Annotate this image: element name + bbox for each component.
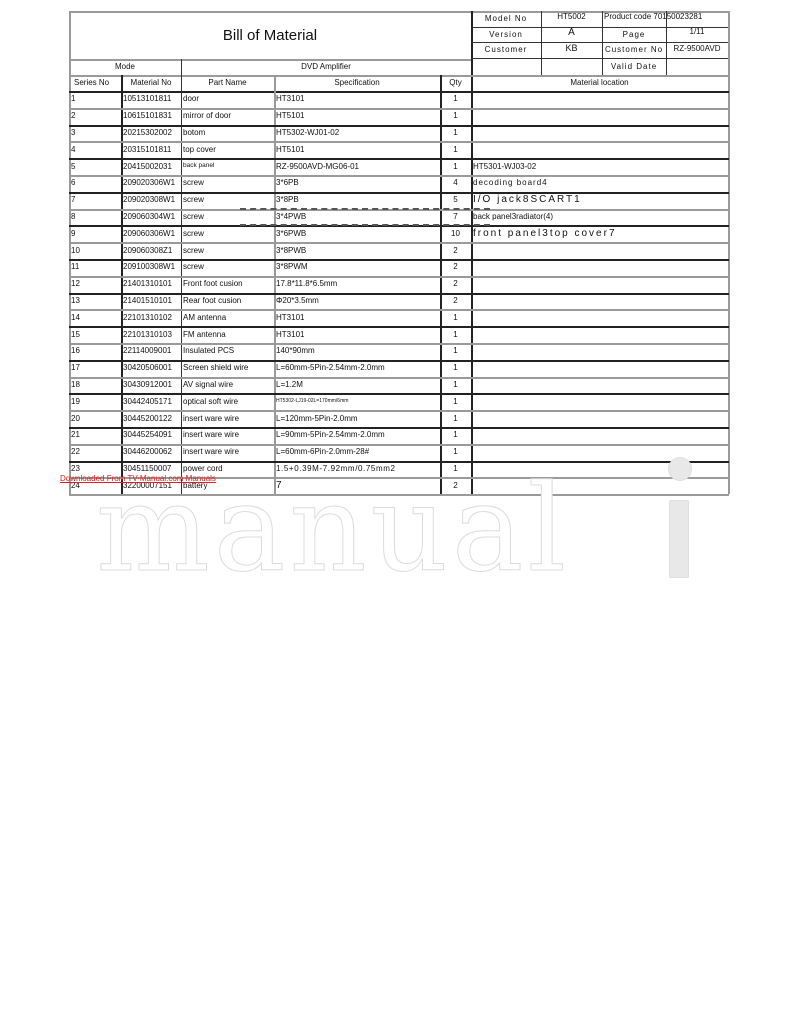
cell-qty: 5 bbox=[440, 192, 471, 209]
cell-qty: 1 bbox=[440, 158, 471, 175]
cell-series: 1 bbox=[69, 91, 121, 108]
cell-part: botom bbox=[181, 125, 274, 142]
cell-series: 3 bbox=[69, 125, 121, 142]
grid-hline bbox=[69, 91, 729, 93]
grid-hline bbox=[471, 27, 728, 28]
cell-spec: L=1.2M bbox=[274, 377, 440, 394]
cell-spec: 3*8PB bbox=[274, 192, 440, 209]
grid-hline bbox=[69, 175, 729, 177]
cell-series: 2 bbox=[69, 108, 121, 125]
grid-vline bbox=[274, 75, 276, 494]
cell-part: AM antenna bbox=[181, 309, 274, 326]
cell-location bbox=[471, 141, 728, 158]
watermark-i-dot bbox=[668, 457, 692, 481]
cell-series: 22 bbox=[69, 444, 121, 461]
cell-location bbox=[471, 125, 728, 142]
cell-material: 21401510101 bbox=[121, 293, 181, 310]
cell-qty: 1 bbox=[440, 125, 471, 142]
cell-qty: 10 bbox=[440, 225, 471, 242]
grid-hline bbox=[69, 75, 729, 77]
cell-spec: Φ20*3.5mm bbox=[274, 293, 440, 310]
cell-spec: HT5101 bbox=[274, 141, 440, 158]
grid-hline bbox=[471, 58, 728, 59]
cell-material: 30442405171 bbox=[121, 393, 181, 410]
model-no-label: Model No bbox=[471, 11, 541, 27]
cell-spec: HT3101 bbox=[274, 326, 440, 343]
cell-material: 209020308W1 bbox=[121, 192, 181, 209]
cell-location: HT5301-WJ03-02 bbox=[471, 158, 728, 175]
cell-series: 20 bbox=[69, 410, 121, 427]
grid-hline bbox=[69, 343, 729, 345]
cell-spec: 3*6PB bbox=[274, 175, 440, 192]
customer-no-value: RZ-9500AVD bbox=[666, 41, 728, 56]
cell-material: 21401310101 bbox=[121, 276, 181, 293]
cell-part: screw bbox=[181, 209, 274, 226]
cell-part: top cover bbox=[181, 141, 274, 158]
grid-vline bbox=[69, 11, 71, 494]
cell-part: insert ware wire bbox=[181, 444, 274, 461]
cell-qty: 2 bbox=[440, 276, 471, 293]
cell-spec: RZ-9500AVD-MG06-01 bbox=[274, 158, 440, 175]
cell-part: back panel bbox=[181, 158, 274, 175]
cell-series: 9 bbox=[69, 225, 121, 242]
cell-spec: 3*8PWB bbox=[274, 242, 440, 259]
col-header-series-no: Series No bbox=[69, 75, 121, 91]
customer-label: Customer bbox=[471, 42, 541, 57]
dashed-artifact-line bbox=[240, 208, 490, 210]
grid-hline bbox=[69, 444, 729, 446]
cell-qty: 1 bbox=[440, 343, 471, 360]
valid-date-blank-1 bbox=[471, 59, 541, 75]
cell-spec: HT5101 bbox=[274, 108, 440, 125]
cell-part: screw bbox=[181, 192, 274, 209]
cell-spec: 140*90mm bbox=[274, 343, 440, 360]
cell-series: 6 bbox=[69, 175, 121, 192]
grid-hline bbox=[69, 377, 729, 379]
cell-series: 10 bbox=[69, 242, 121, 259]
cell-spec: 3*6PWB bbox=[274, 225, 440, 242]
grid-vline bbox=[471, 11, 473, 494]
cell-location bbox=[471, 377, 728, 394]
cell-part: mirror of door bbox=[181, 108, 274, 125]
cell-qty: 2 bbox=[440, 259, 471, 276]
grid-hline bbox=[69, 158, 729, 160]
cell-part: Insulated PCS bbox=[181, 343, 274, 360]
grid-vline bbox=[181, 75, 182, 494]
cell-spec: 17.8*11.8*6.5mm bbox=[274, 276, 440, 293]
cell-spec: 3*4PWB bbox=[274, 209, 440, 226]
cell-series: 16 bbox=[69, 343, 121, 360]
grid-hline bbox=[69, 108, 729, 110]
cell-material: 20315101811 bbox=[121, 141, 181, 158]
grid-vline bbox=[181, 59, 182, 75]
cell-series: 11 bbox=[69, 259, 121, 276]
cell-location bbox=[471, 326, 728, 343]
grid-hline bbox=[69, 360, 729, 362]
cell-part: door bbox=[181, 91, 274, 108]
cell-qty: 1 bbox=[440, 141, 471, 158]
cell-material: 209100308W1 bbox=[121, 259, 181, 276]
grid-hline bbox=[69, 309, 729, 311]
cell-qty: 1 bbox=[440, 326, 471, 343]
cell-series: 14 bbox=[69, 309, 121, 326]
cell-qty: 4 bbox=[440, 175, 471, 192]
customer-no-label: Customer No bbox=[597, 42, 671, 57]
grid-hline bbox=[69, 259, 729, 261]
cell-location bbox=[471, 293, 728, 310]
cell-qty: 2 bbox=[440, 242, 471, 259]
cell-series: 12 bbox=[69, 276, 121, 293]
cell-part: screw bbox=[181, 242, 274, 259]
cell-material: 20215302002 bbox=[121, 125, 181, 142]
col-header-specification: Specification bbox=[274, 75, 440, 91]
cell-series: 8 bbox=[69, 209, 121, 226]
grid-hline bbox=[69, 393, 729, 395]
cell-location bbox=[471, 242, 728, 259]
grid-hline bbox=[69, 276, 729, 278]
cell-material: 30430912001 bbox=[121, 377, 181, 394]
grid-hline bbox=[69, 326, 729, 328]
col-header-material-location: Material location bbox=[471, 75, 728, 91]
cell-material: 20415002031 bbox=[121, 158, 181, 175]
cell-material: 209020306W1 bbox=[121, 175, 181, 192]
cell-spec: HT5302-LJ19-02L=170mm/6mm bbox=[274, 393, 440, 410]
cell-material: 209060308Z1 bbox=[121, 242, 181, 259]
cell-location bbox=[471, 343, 728, 360]
cell-qty: 1 bbox=[440, 108, 471, 125]
document-title: Bill of Material bbox=[69, 11, 471, 59]
cell-qty: 1 bbox=[440, 393, 471, 410]
cell-location bbox=[471, 360, 728, 377]
cell-series: 21 bbox=[69, 427, 121, 444]
grid-vline bbox=[666, 11, 667, 75]
cell-part: Front foot cusion bbox=[181, 276, 274, 293]
cell-part: Screen shield wire bbox=[181, 360, 274, 377]
cell-material: 30446200062 bbox=[121, 444, 181, 461]
cell-spec: L=60mm-5Pin-2.54mm-2.0mm bbox=[274, 360, 440, 377]
grid-vline bbox=[728, 11, 730, 494]
cell-location bbox=[471, 309, 728, 326]
cell-location bbox=[471, 276, 728, 293]
valid-date-blank-2 bbox=[541, 59, 602, 75]
cell-spec: 3*8PWM bbox=[274, 259, 440, 276]
cell-material: 30445254091 bbox=[121, 427, 181, 444]
col-header-qty: Qty bbox=[440, 75, 471, 91]
cell-part: optical soft wire bbox=[181, 393, 274, 410]
grid-vline bbox=[541, 11, 542, 75]
cell-material: 22101310103 bbox=[121, 326, 181, 343]
mode-label: Mode bbox=[69, 59, 181, 75]
cell-part: FM antenna bbox=[181, 326, 274, 343]
grid-vline bbox=[602, 11, 603, 75]
cell-material: 30420506001 bbox=[121, 360, 181, 377]
grid-hline bbox=[69, 59, 471, 61]
grid-hline bbox=[471, 42, 728, 43]
cell-qty: 1 bbox=[440, 377, 471, 394]
cell-location bbox=[471, 108, 728, 125]
cell-location bbox=[471, 393, 728, 410]
cell-qty: 7 bbox=[440, 209, 471, 226]
cell-location: back panel3radiator(4) bbox=[471, 209, 728, 226]
cell-qty: 1 bbox=[440, 360, 471, 377]
grid-hline bbox=[69, 141, 729, 143]
cell-qty: 1 bbox=[440, 91, 471, 108]
grid-vline bbox=[440, 75, 442, 494]
cell-series: 5 bbox=[69, 158, 121, 175]
grid-hline bbox=[69, 125, 729, 127]
version-label: Version bbox=[471, 27, 541, 42]
cell-spec: HT3101 bbox=[274, 309, 440, 326]
cell-part: screw bbox=[181, 175, 274, 192]
cell-location: front panel3top cover7 bbox=[471, 225, 728, 242]
cell-qty: 2 bbox=[440, 293, 471, 310]
cell-material: 209060306W1 bbox=[121, 225, 181, 242]
cell-qty: 1 bbox=[440, 410, 471, 427]
cell-spec: HT3101 bbox=[274, 91, 440, 108]
cell-series: 18 bbox=[69, 377, 121, 394]
cell-location bbox=[471, 444, 728, 461]
cell-location bbox=[471, 91, 728, 108]
cell-qty: 1 bbox=[440, 444, 471, 461]
customer-value: KB bbox=[541, 41, 602, 56]
cell-material: 22101310102 bbox=[121, 309, 181, 326]
grid-vline bbox=[121, 75, 123, 494]
cell-series: 19 bbox=[69, 393, 121, 410]
cell-series: 17 bbox=[69, 360, 121, 377]
cell-series: 4 bbox=[69, 141, 121, 158]
dashed-artifact-line bbox=[240, 224, 490, 226]
grid-hline bbox=[69, 410, 729, 412]
valid-date-label: Valid Date bbox=[602, 59, 666, 75]
cell-series: 13 bbox=[69, 293, 121, 310]
col-header-part-name: Part Name bbox=[181, 75, 274, 91]
cell-spec: L=60mm-6Pin-2.0mm-28# bbox=[274, 444, 440, 461]
cell-part: insert ware wire bbox=[181, 410, 274, 427]
cell-spec: HT5302-WJ01-02 bbox=[274, 125, 440, 142]
cell-location: decoding board4 bbox=[471, 175, 728, 192]
cell-material: 30445200122 bbox=[121, 410, 181, 427]
manual-watermark-text: manual bbox=[96, 470, 570, 590]
cell-part: screw bbox=[181, 259, 274, 276]
cell-series: 7 bbox=[69, 192, 121, 209]
grid-hline bbox=[69, 293, 729, 295]
cell-material: 22114009001 bbox=[121, 343, 181, 360]
col-header-material-no: Material No bbox=[121, 75, 181, 91]
cell-location bbox=[471, 427, 728, 444]
cell-spec: L=120mm-5Pin-2.0mm bbox=[274, 410, 440, 427]
mode-value: DVD Amplifier bbox=[181, 59, 471, 75]
cell-material: 10513101811 bbox=[121, 91, 181, 108]
grid-hline bbox=[69, 242, 729, 244]
cell-part: AV signal wire bbox=[181, 377, 274, 394]
grid-hline bbox=[69, 427, 729, 429]
cell-qty: 1 bbox=[440, 427, 471, 444]
page-label: Page bbox=[602, 27, 666, 42]
cell-location bbox=[471, 259, 728, 276]
cell-material: 10615101831 bbox=[121, 108, 181, 125]
grid-hline bbox=[69, 192, 729, 194]
cell-qty: 1 bbox=[440, 309, 471, 326]
valid-date-value bbox=[666, 59, 728, 75]
grid-hline bbox=[69, 11, 729, 13]
cell-location: I/O jack8SCART1 bbox=[471, 192, 728, 209]
cell-location bbox=[471, 410, 728, 427]
watermark-i-stem bbox=[669, 500, 689, 578]
cell-part: screw bbox=[181, 225, 274, 242]
cell-part: Rear foot cusion bbox=[181, 293, 274, 310]
cell-part: insert ware wire bbox=[181, 427, 274, 444]
cell-spec: L=90mm-5Pin-2.54mm-2.0mm bbox=[274, 427, 440, 444]
cell-series: 15 bbox=[69, 326, 121, 343]
cell-material: 209060304W1 bbox=[121, 209, 181, 226]
